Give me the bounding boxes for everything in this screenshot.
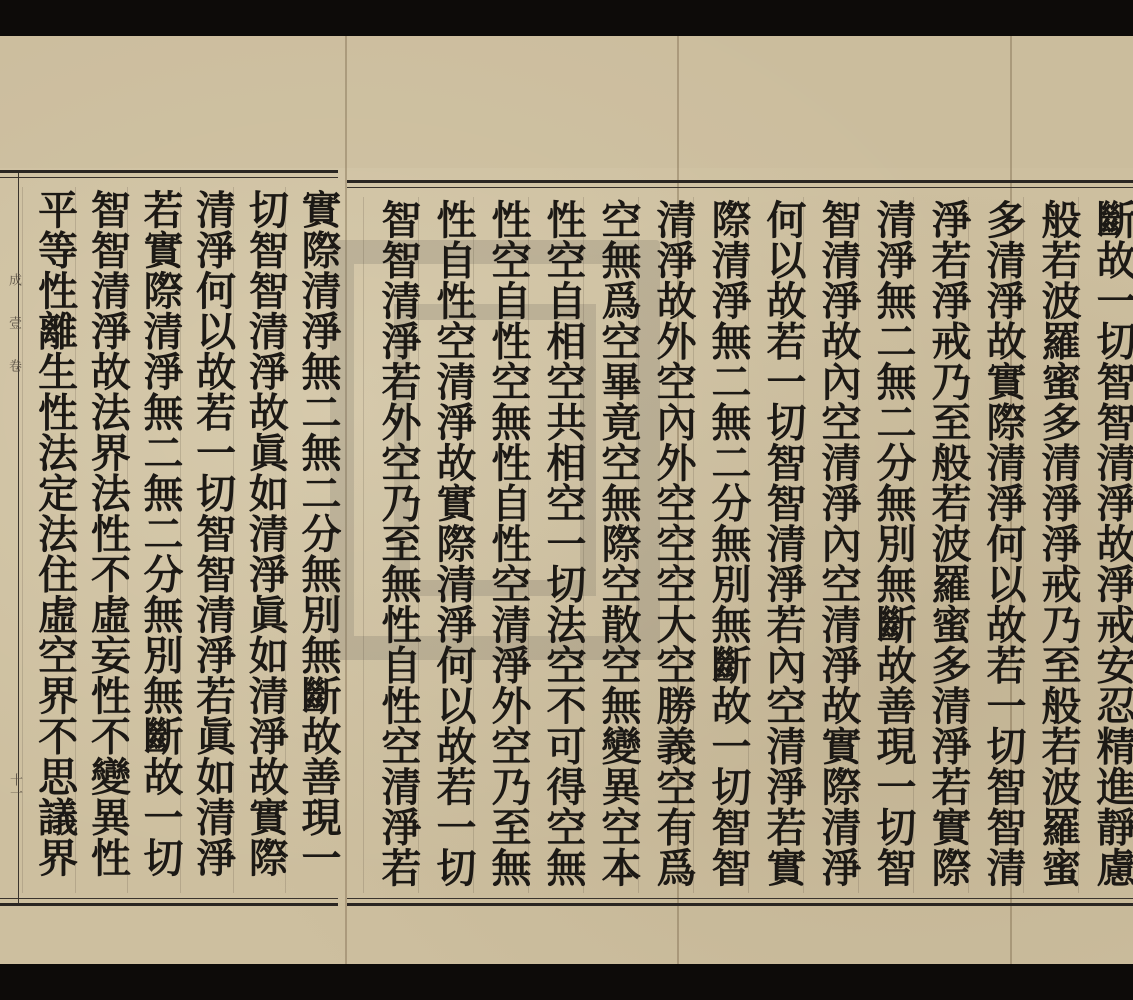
- margin-title: 成壹卷: [4, 273, 23, 402]
- text-column: 淨若淨戒乃至般若波羅蜜多清淨若實際: [913, 197, 968, 893]
- right-columns: 斷故一切智智清淨故淨戒安忍精進靜慮 般若波羅蜜多清淨淨戒乃至般若波羅蜜 多清淨故…: [347, 197, 1133, 893]
- text-column: 若實際清淨無二無二分無別無斷故一切: [127, 187, 180, 893]
- text-column: 斷故一切智智清淨故淨戒安忍精進靜慮: [1078, 197, 1133, 893]
- text-column: 切智智清淨故眞如清淨眞如清淨故實際: [233, 187, 286, 893]
- text-column: 平等性離生性法定法住虛空界不思議界: [22, 187, 75, 893]
- text-column: 智清淨故內空清淨內空清淨故實際清淨: [803, 197, 858, 893]
- text-column: 性空自性空無性自性空清淨外空乃至無: [473, 197, 528, 893]
- page-margin-strip: 成壹卷 十一: [4, 173, 19, 903]
- text-column: 性自性空清淨故實際清淨何以故若一切: [418, 197, 473, 893]
- text-column: 清淨故外空內外空空空大空勝義空有爲: [638, 197, 693, 893]
- text-column: 智智清淨若外空乃至無性自性空清淨若: [363, 197, 418, 893]
- text-column: 空無爲空畢竟空無際空散空無變異空本: [583, 197, 638, 893]
- top-margin: [0, 36, 1133, 168]
- left-text-panel: 成壹卷 十一 實際清淨無二無二分無別無斷故善現一 切智智清淨故眞如清淨眞如清淨故…: [0, 170, 338, 906]
- left-columns: 實際清淨無二無二分無別無斷故善現一 切智智清淨故眞如清淨眞如清淨故實際 清淨何以…: [22, 187, 338, 893]
- text-column: 何以故若一切智智清淨若內空清淨若實: [748, 197, 803, 893]
- text-column: 般若波羅蜜多清淨淨戒乃至般若波羅蜜: [1023, 197, 1078, 893]
- text-column: 多清淨故實際清淨何以故若一切智智清: [968, 197, 1023, 893]
- text-column: 際清淨無二無二分無別無斷故一切智智: [693, 197, 748, 893]
- text-column: 清淨無二無二分無別無斷故善現一切智: [858, 197, 913, 893]
- text-column: 性空自相空共相空一切法空不可得空無: [528, 197, 583, 893]
- text-column: 清淨何以故若一切智智清淨若眞如清淨: [180, 187, 233, 893]
- right-text-panel: 斷故一切智智清淨故淨戒安忍精進靜慮 般若波羅蜜多清淨淨戒乃至般若波羅蜜 多清淨故…: [347, 180, 1133, 906]
- text-column: 智智清淨故法界法性不虛妄性不變異性: [75, 187, 128, 893]
- text-column: 實際清淨無二無二分無別無斷故善現一: [285, 187, 338, 893]
